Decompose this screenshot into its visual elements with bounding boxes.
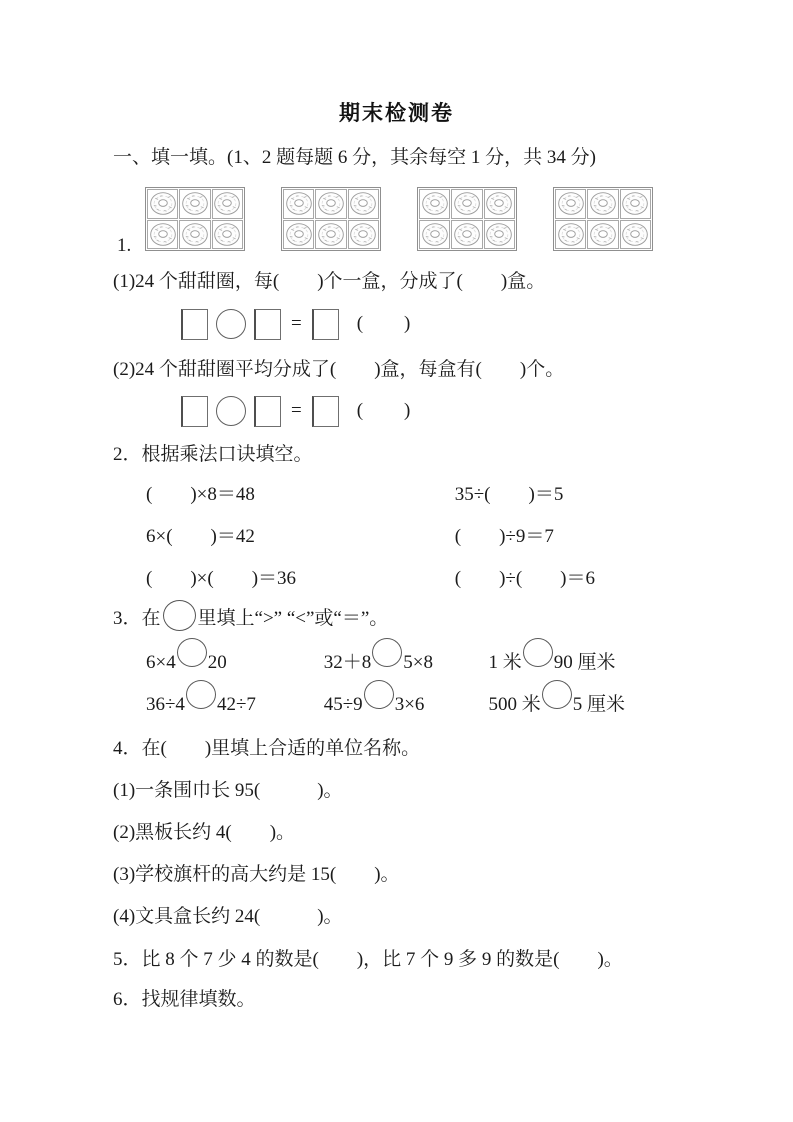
donut-icon: [213, 222, 241, 247]
donut-cell: [283, 189, 314, 219]
donut-cell: [620, 189, 651, 219]
right-expression: 20: [208, 652, 227, 673]
right-expression: 90 厘米: [554, 652, 616, 673]
q5-text: 5．比 8 个 7 少 4 的数是( )，比 7 个 9 多 9 的数是( )。: [113, 947, 793, 973]
q1-equation-2: = ( ): [181, 393, 793, 429]
answer-box: [181, 396, 208, 427]
donut-cell: [587, 189, 618, 219]
donut-icon: [181, 191, 209, 216]
donut-cell: [348, 220, 379, 250]
donut-cell: [587, 220, 618, 250]
donut-cell: [419, 220, 450, 250]
donut-box: [553, 187, 653, 251]
donut-box: [145, 187, 245, 251]
donut-icon: [149, 191, 177, 216]
comparison-circle: [177, 638, 207, 667]
q2-expression: 35÷( )＝5: [455, 484, 564, 505]
donut-cell: [555, 220, 586, 250]
donut-icon: [621, 191, 649, 216]
equals-sign: =: [291, 311, 302, 337]
donut-cell: [419, 189, 450, 219]
donut-cell: [147, 189, 178, 219]
comparison-circle: [186, 680, 216, 709]
answer-box: [312, 396, 339, 427]
q2-expression: ( )÷9＝7: [455, 526, 554, 547]
answer-box: [312, 309, 339, 340]
donut-icon: [421, 222, 449, 247]
donut-cell: [283, 220, 314, 250]
donut-box: [417, 187, 517, 251]
q1-equation-1: = ( ): [181, 306, 793, 342]
donut-icon: [285, 222, 313, 247]
donut-boxes-row: 1.: [145, 187, 793, 251]
q4-item: (3)学校旗杆的高大约是 15( )。: [113, 862, 793, 888]
donut-cell: [451, 220, 482, 250]
donut-cell: [147, 220, 178, 250]
q2-expression: ( )×8＝48: [146, 482, 450, 508]
donut-icon: [181, 222, 209, 247]
q3-row: 36÷442÷7 45÷93×6 500 米5 厘米: [146, 690, 793, 720]
worksheet-page: 期末检测卷 一、填一填。(1、2 题每题 6 分，其余每空 1 分，共 34 分…: [0, 0, 793, 1122]
unit-parens: ( ): [357, 311, 412, 337]
comparison-item: 32＋85×8: [324, 648, 484, 678]
operator-circle: [216, 396, 246, 426]
q3-heading: 3．在 里填上“>” “<”或“＝”。: [113, 600, 793, 638]
right-expression: 42÷7: [217, 694, 256, 715]
donut-icon: [149, 222, 177, 247]
answer-box: [181, 309, 208, 340]
comparison-circle: [523, 638, 553, 667]
q2-expression: ( )×( )＝36: [146, 566, 450, 592]
right-expression: 3×6: [395, 694, 425, 715]
q2-expression: ( )÷( )＝6: [455, 568, 595, 589]
left-expression: 45÷9: [324, 694, 363, 715]
donut-cell: [451, 189, 482, 219]
comparison-circle: [163, 600, 196, 631]
donut-cell: [484, 189, 515, 219]
q1-part1-text: (1)24 个甜甜圈，每( )个一盒，分成了( )盒。: [113, 269, 793, 295]
donut-cell: [315, 220, 346, 250]
donut-icon: [317, 191, 345, 216]
operator-circle: [216, 309, 246, 339]
donut-icon: [485, 222, 513, 247]
q2-row: 6×( )＝42 ( )÷9＝7: [146, 524, 793, 550]
donut-cell: [179, 220, 210, 250]
left-expression: 32＋8: [324, 652, 372, 673]
unit-parens: ( ): [357, 398, 412, 424]
q6-text: 6．找规律填数。: [113, 987, 793, 1013]
q4-item: (2)黑板长约 4( )。: [113, 820, 793, 846]
q3-row: 6×420 32＋85×8 1 米90 厘米: [146, 648, 793, 678]
donut-icon: [589, 222, 617, 247]
donut-box: [281, 187, 381, 251]
donut-icon: [557, 191, 585, 216]
comparison-item: 500 米5 厘米: [489, 690, 626, 720]
comparison-circle: [372, 638, 402, 667]
donut-icon: [421, 191, 449, 216]
comparison-circle: [364, 680, 394, 709]
q4-heading: 4．在( )里填上合适的单位名称。: [113, 736, 793, 762]
q3-heading-prefix: 3．在: [113, 606, 161, 632]
q4-item: (1)一条围巾长 95( )。: [113, 778, 793, 804]
donut-icon: [589, 191, 617, 216]
right-expression: 5×8: [403, 652, 433, 673]
q2-heading: 2．根据乘法口诀填空。: [113, 442, 793, 468]
donut-icon: [213, 191, 241, 216]
donut-cell: [315, 189, 346, 219]
answer-box: [254, 309, 281, 340]
answer-box: [254, 396, 281, 427]
q3-heading-suffix: 里填上“>” “<”或“＝”。: [198, 606, 389, 632]
comparison-item: 1 米90 厘米: [489, 648, 616, 678]
comparison-item: 36÷442÷7: [146, 690, 319, 720]
donut-cell: [484, 220, 515, 250]
page-title: 期末检测卷: [0, 0, 793, 127]
comparison-item: 45÷93×6: [324, 690, 484, 720]
q2-row: ( )×8＝48 35÷( )＝5: [146, 482, 793, 508]
q1-part2-text: (2)24 个甜甜圈平均分成了( )盒，每盒有( )个。: [113, 357, 793, 383]
q2-row: ( )×( )＝36 ( )÷( )＝6: [146, 566, 793, 592]
q4-item: (4)文具盒长约 24( )。: [113, 904, 793, 930]
donut-icon: [453, 222, 481, 247]
q2-expression: 6×( )＝42: [146, 524, 450, 550]
donut-icon: [349, 191, 377, 216]
donut-cell: [179, 189, 210, 219]
equals-sign: =: [291, 398, 302, 424]
right-expression: 5 厘米: [573, 694, 625, 715]
section-heading: 一、填一填。(1、2 题每题 6 分，其余每空 1 分，共 34 分): [113, 145, 793, 171]
donut-icon: [453, 191, 481, 216]
donut-cell: [212, 189, 243, 219]
donut-cell: [348, 189, 379, 219]
donut-icon: [557, 222, 585, 247]
left-expression: 6×4: [146, 652, 176, 673]
left-expression: 1 米: [489, 652, 522, 673]
donut-cell: [555, 189, 586, 219]
q1-number: 1.: [117, 233, 131, 259]
left-expression: 36÷4: [146, 694, 185, 715]
donut-icon: [317, 222, 345, 247]
donut-icon: [349, 222, 377, 247]
comparison-circle: [542, 680, 572, 709]
donut-icon: [285, 191, 313, 216]
donut-cell: [620, 220, 651, 250]
donut-icon: [485, 191, 513, 216]
comparison-item: 6×420: [146, 648, 319, 678]
left-expression: 500 米: [489, 694, 541, 715]
donut-cell: [212, 220, 243, 250]
donut-icon: [621, 222, 649, 247]
